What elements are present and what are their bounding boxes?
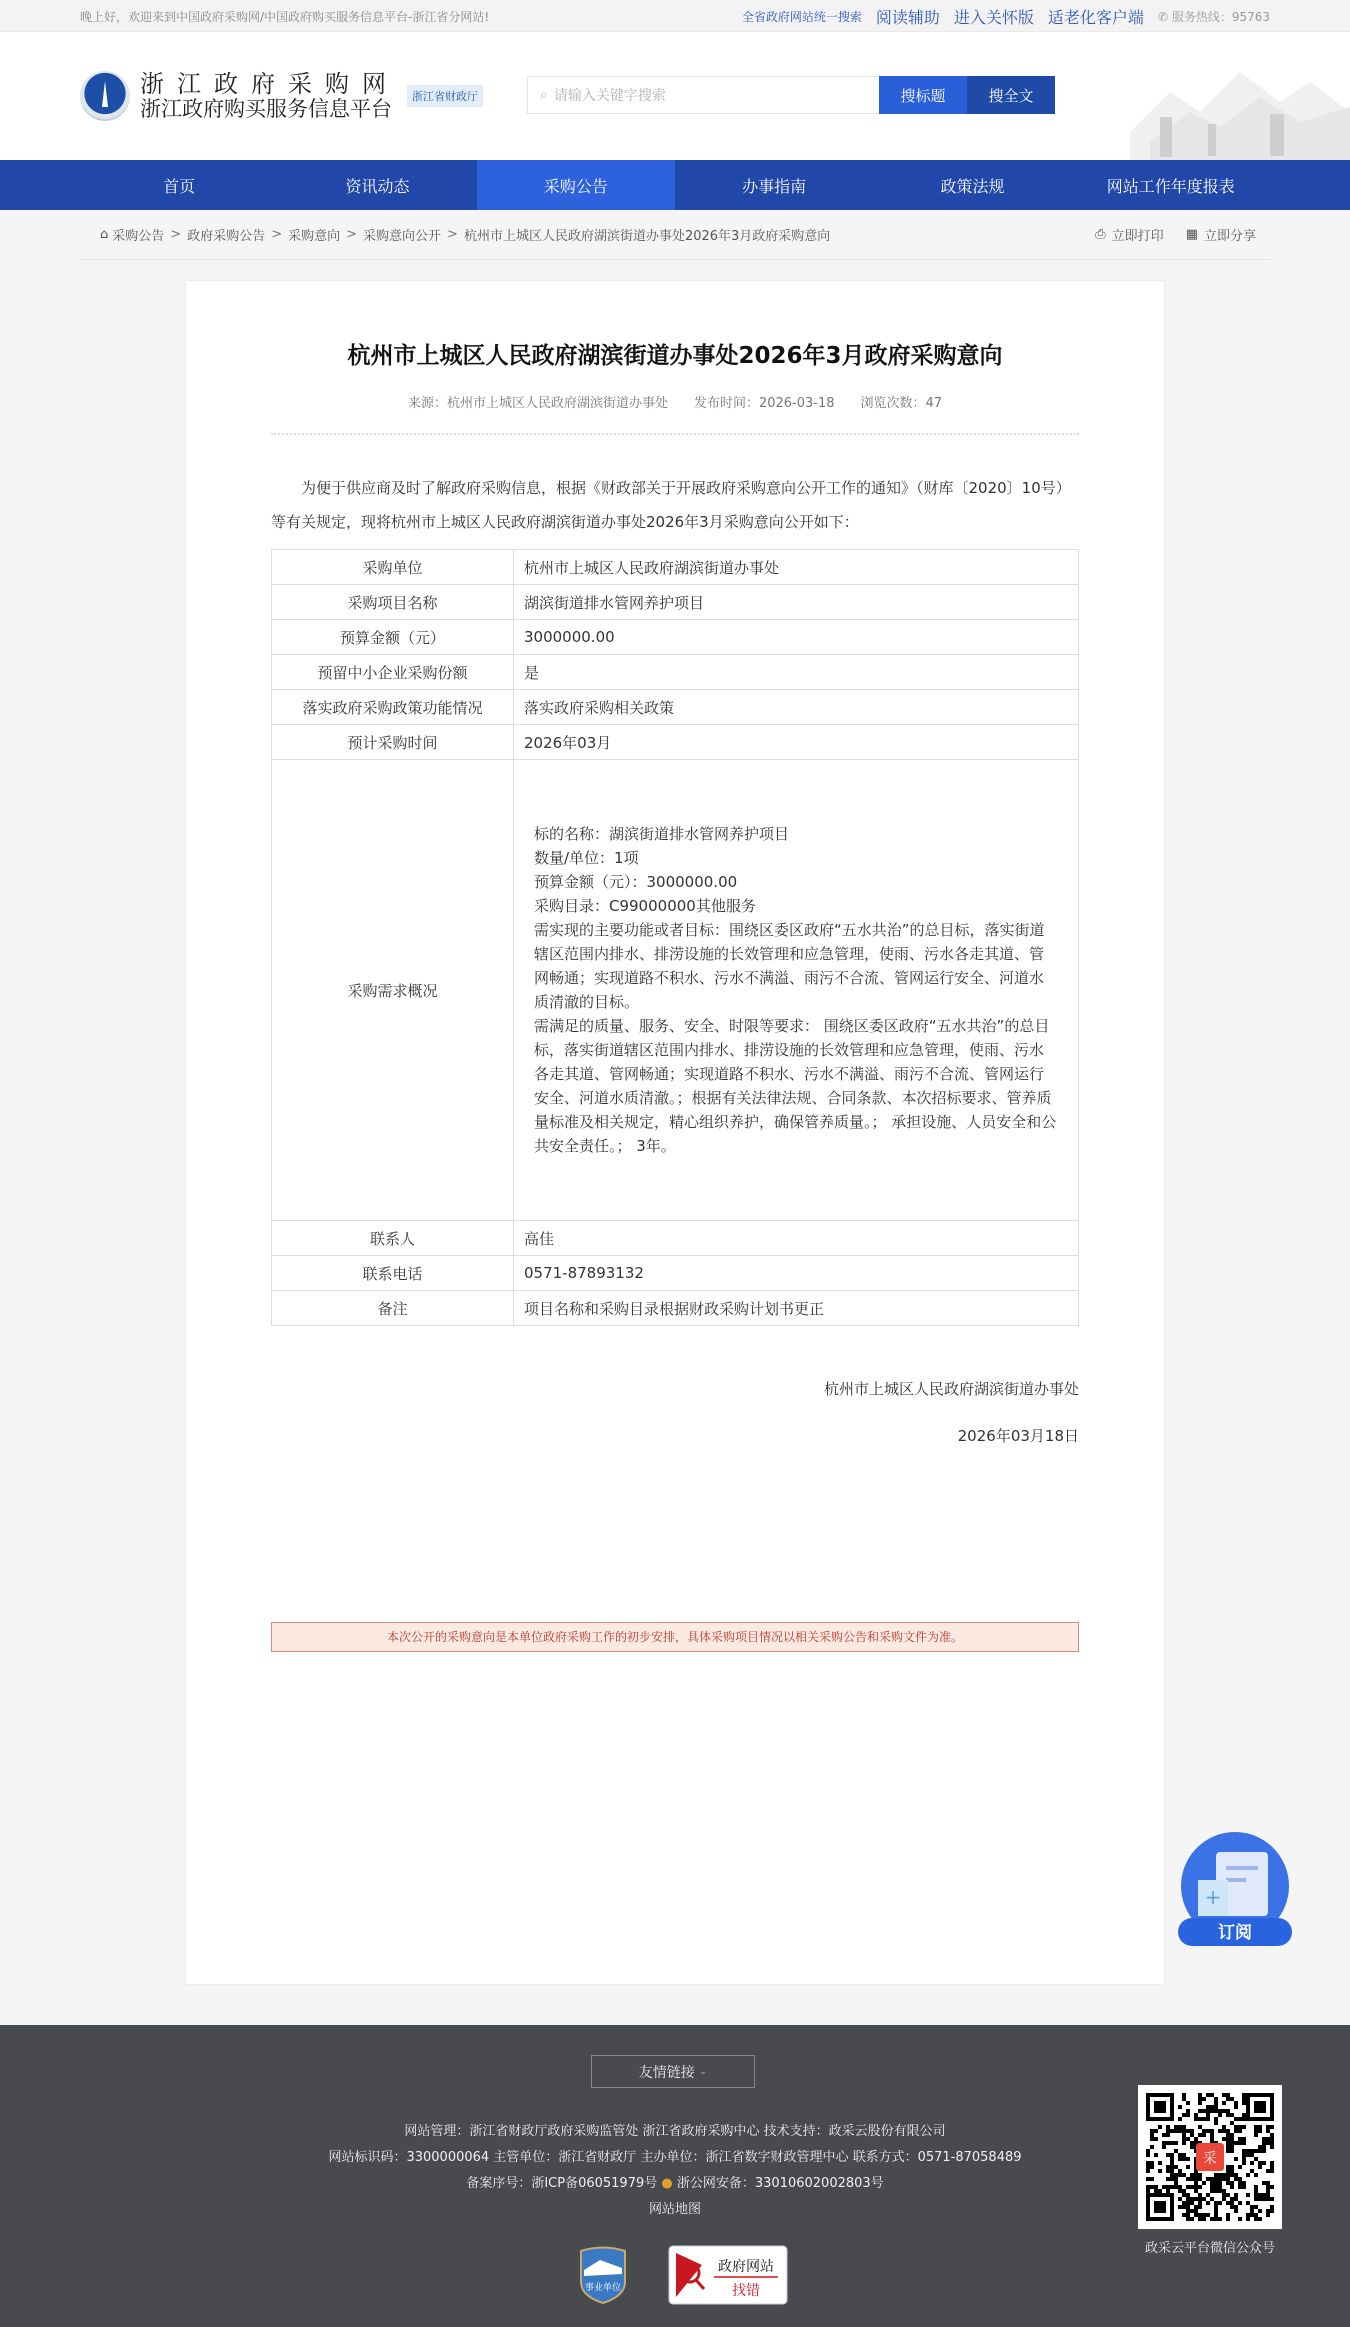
table-row: 采购单位杭州市上城区人民政府湖滨街道办事处	[272, 550, 1079, 585]
subscribe-button[interactable]: + 订阅	[1176, 1832, 1294, 1950]
table-row: 预计采购时间2026年03月	[272, 725, 1079, 760]
public-institution-badge[interactable]: 事业单位	[578, 2246, 628, 2304]
svg-text:+: +	[1205, 1885, 1222, 1909]
search-icon: ⌕	[540, 87, 548, 103]
row-value: 0571-87893132	[514, 1256, 1079, 1291]
row-label: 预留中小企业采购份额	[272, 655, 514, 690]
nav-item-1[interactable]: 资讯动态	[278, 160, 476, 210]
nav-item-4[interactable]: 政策法规	[873, 160, 1071, 210]
row-label: 备注	[272, 1291, 514, 1326]
row-value: 湖滨街道排水管网养护项目	[514, 585, 1079, 620]
row-value: 项目名称和采购目录根据财政采购计划书更正	[514, 1291, 1079, 1326]
row-value: 高佳	[514, 1221, 1079, 1256]
table-row: 预留中小企业采购份额是	[272, 655, 1079, 690]
row-value: 是	[514, 655, 1079, 690]
signature-date: 2026年03月18日	[271, 1425, 1079, 1446]
printer-icon: ⎙	[1095, 227, 1105, 242]
hotline: ✆ 服务热线：95763	[1158, 8, 1270, 25]
article-title: 杭州市上城区人民政府湖滨街道办事处2026年3月政府采购意向	[271, 281, 1079, 370]
article-meta: 来源：杭州市上城区人民政府湖滨街道办事处 发布时间：2026-03-18 浏览次…	[271, 392, 1079, 411]
nav-item-0[interactable]: 首页	[80, 160, 278, 210]
share-button[interactable]: ▦立即分享	[1186, 225, 1256, 244]
breadcrumb-separator: >	[170, 227, 181, 242]
table-row: 采购项目名称湖滨街道排水管网养护项目	[272, 585, 1079, 620]
site-logo[interactable]: 浙江政府采购网 浙江政府购买服务信息平台	[140, 71, 399, 120]
main-nav: 首页资讯动态采购公告办事指南政策法规网站工作年度报表	[0, 160, 1350, 210]
row-label: 落实政府采购政策功能情况	[272, 690, 514, 725]
description-line: 预算金额（元）：3000000.00	[534, 870, 1058, 894]
breadcrumb-bar: ⌂ 采购公告>政府采购公告>采购意向>采购意向公开>杭州市上城区人民政府湖滨街道…	[80, 210, 1270, 260]
row-label: 联系人	[272, 1221, 514, 1256]
row-value: 3000000.00	[514, 620, 1079, 655]
table-row: 备注项目名称和采购目录根据财政采购计划书更正	[272, 1291, 1079, 1326]
search-input[interactable]	[554, 87, 854, 103]
disclaimer-notice: 本次公开的采购意向是本单位政府采购工作的初步安排，具体采购项目情况以相关采购公告…	[271, 1622, 1079, 1652]
care-version-link[interactable]: 进入关怀版	[954, 5, 1034, 28]
read-assist-link[interactable]: 阅读辅助	[876, 5, 940, 28]
row-value: 杭州市上城区人民政府湖滨街道办事处	[514, 550, 1079, 585]
table-row-description: 采购需求概况标的名称：湖滨街道排水管网养护项目数量/单位：1项预算金额（元）：3…	[272, 760, 1079, 1221]
divider	[271, 433, 1079, 435]
table-row: 落实政府采购政策功能情况落实政府采购相关政策	[272, 690, 1079, 725]
breadcrumb-item[interactable]: 采购公告	[112, 225, 164, 244]
print-button[interactable]: ⎙立即打印	[1095, 225, 1163, 244]
gov-site-error-report-badge[interactable]: 政府网站 找错	[668, 2245, 788, 2305]
finance-dept-badge: 浙江省财政厅	[407, 85, 483, 107]
row-label: 采购项目名称	[272, 585, 514, 620]
table-row: 联系电话0571-87893132	[272, 1256, 1079, 1291]
police-link[interactable]: 浙公网安备：33010602002803号	[677, 2176, 884, 2191]
row-label: 采购单位	[272, 550, 514, 585]
elderly-client-link[interactable]: 适老化客户端	[1048, 5, 1144, 28]
landscape-decoration	[1130, 62, 1350, 160]
row-label: 预计采购时间	[272, 725, 514, 760]
row-label: 联系电话	[272, 1256, 514, 1291]
search-fulltext-button[interactable]: 搜全文	[967, 76, 1055, 114]
description-line: 需满足的质量、服务、安全、时限等要求： 围绕区委区政府“五水共治”的总目标，落实…	[534, 1014, 1058, 1158]
breadcrumb-item[interactable]: 采购意向公开	[363, 225, 441, 244]
nav-item-3[interactable]: 办事指南	[675, 160, 873, 210]
intent-table: 采购单位杭州市上城区人民政府湖滨街道办事处采购项目名称湖滨街道排水管网养护项目预…	[271, 549, 1079, 1326]
search-title-button[interactable]: 搜标题	[879, 76, 967, 114]
unified-search-link[interactable]: 全省政府网站统一搜索	[742, 8, 862, 25]
nav-item-2[interactable]: 采购公告	[477, 160, 675, 210]
qrcode-icon: ▦	[1186, 227, 1198, 242]
table-row: 联系人高佳	[272, 1221, 1079, 1256]
article-source: 来源：杭州市上城区人民政府湖滨街道办事处	[408, 392, 668, 411]
description-line: 数量/单位：1项	[534, 846, 1058, 870]
search-bar: ⌕ 搜标题 搜全文	[527, 76, 1055, 114]
svg-text:订阅: 订阅	[1218, 1922, 1252, 1943]
description-line: 标的名称：湖滨街道排水管网养护项目	[534, 822, 1058, 846]
chevron-down-icon: ⌄	[699, 2066, 707, 2077]
table-row: 预算金额（元）3000000.00	[272, 620, 1079, 655]
top-bar: 晚上好，欢迎来到中国政府采购网/中国政府购买服务信息平台-浙江省分网站! 全省政…	[0, 0, 1350, 32]
svg-text:事业单位: 事业单位	[585, 2281, 621, 2293]
qr-caption: 政采云平台微信公众号	[1138, 2237, 1282, 2256]
article-intro: 为便于供应商及时了解政府采购信息，根据《财政部关于开展政府采购意向公开工作的通知…	[271, 471, 1079, 539]
row-label: 采购需求概况	[272, 760, 514, 1221]
svg-text:找错: 找错	[732, 2282, 760, 2299]
breadcrumb: ⌂ 采购公告>政府采购公告>采购意向>采购意向公开>杭州市上城区人民政府湖滨街道…	[100, 225, 830, 244]
site-footer: 友情链接 ⌄ 网站管理：浙江省财政厅政府采购监管处 浙江省政府采购中心 技术支持…	[0, 2025, 1350, 2327]
welcome-text: 晚上好，欢迎来到中国政府采购网/中国政府购买服务信息平台-浙江省分网站!	[80, 8, 489, 25]
row-value: 2026年03月	[514, 725, 1079, 760]
row-value: 落实政府采购相关政策	[514, 690, 1079, 725]
article-card: 杭州市上城区人民政府湖滨街道办事处2026年3月政府采购意向 来源：杭州市上城区…	[185, 280, 1165, 1985]
breadcrumb-separator: >	[271, 227, 282, 242]
wechat-qr: 采 政采云平台微信公众号	[1138, 2085, 1282, 2256]
site-header: 浙江政府采购网 浙江政府购买服务信息平台 浙江省财政厅 ⌕ 搜标题 搜全文	[0, 32, 1350, 160]
breadcrumb-item[interactable]: 杭州市上城区人民政府湖滨街道办事处2026年3月政府采购意向	[464, 225, 830, 244]
breadcrumb-separator: >	[346, 227, 357, 242]
breadcrumb-item[interactable]: 采购意向	[288, 225, 340, 244]
row-value-description: 标的名称：湖滨街道排水管网养护项目数量/单位：1项预算金额（元）：3000000…	[514, 760, 1079, 1221]
phone-icon: ✆	[1158, 10, 1172, 24]
breadcrumb-item[interactable]: 政府采购公告	[187, 225, 265, 244]
description-line: 采购目录：C99000000其他服务	[534, 894, 1058, 918]
home-icon[interactable]: ⌂	[100, 227, 108, 242]
article-views: 浏览次数：47	[861, 392, 943, 411]
article-publish-time: 发布时间：2026-03-18	[694, 392, 835, 411]
description-line: 需实现的主要功能或者目标：围绕区委区政府“五水共治”的总目标，落实街道辖区范围内…	[534, 918, 1058, 1014]
friend-links-dropdown[interactable]: 友情链接 ⌄	[591, 2055, 755, 2088]
qr-code-image: 采	[1138, 2085, 1282, 2229]
logo-emblem-icon[interactable]	[80, 71, 130, 121]
row-label: 预算金额（元）	[272, 620, 514, 655]
nav-item-5[interactable]: 网站工作年度报表	[1072, 160, 1270, 210]
signature: 杭州市上城区人民政府湖滨街道办事处	[271, 1378, 1079, 1399]
svg-text:采: 采	[1203, 2151, 1217, 2167]
breadcrumb-separator: >	[447, 227, 458, 242]
police-badge-icon: ●	[661, 2176, 676, 2191]
icp-link[interactable]: 备案序号：浙ICP备06051979号	[466, 2176, 657, 2191]
svg-text:政府网站: 政府网站	[718, 2258, 774, 2275]
